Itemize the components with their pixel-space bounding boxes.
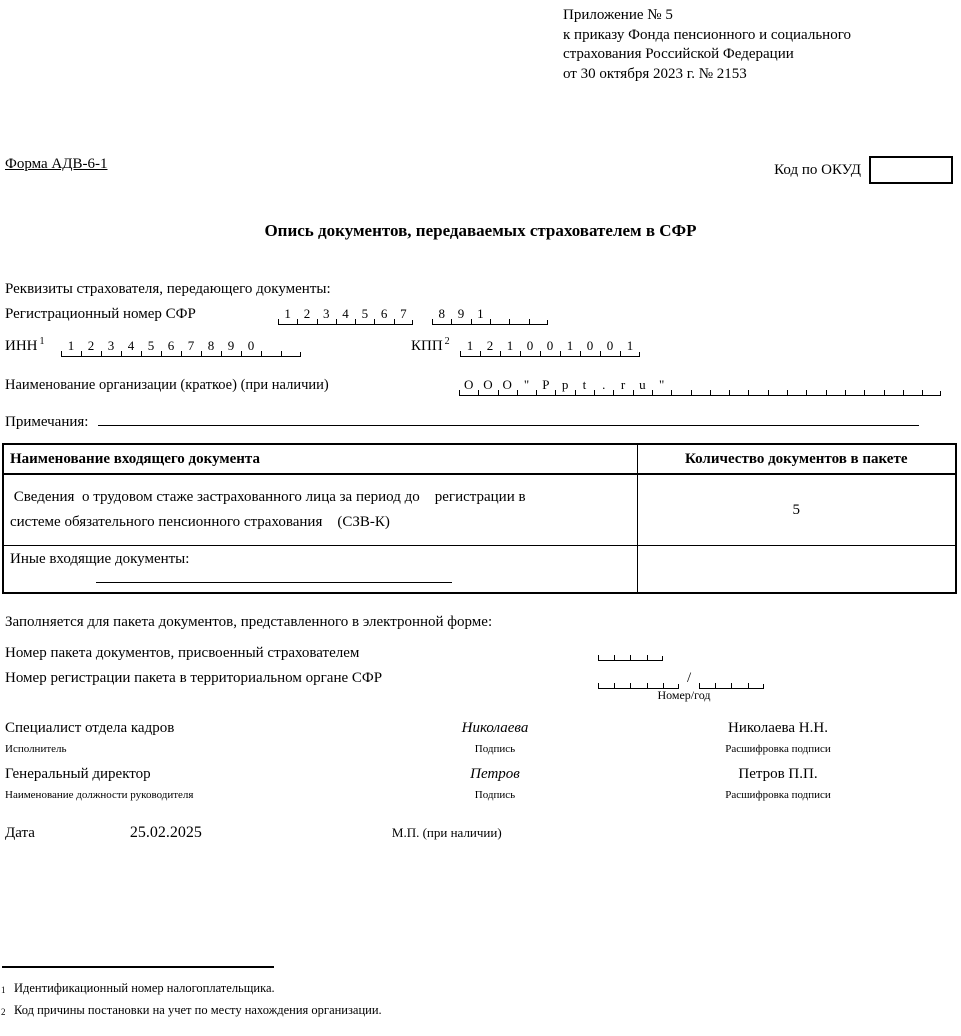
executor-signature: Николаева — [405, 720, 585, 737]
footnote-text: Код причины постановки на учет по месту … — [14, 1003, 382, 1017]
other-documents-field[interactable] — [96, 568, 452, 583]
okud-value-box[interactable] — [869, 156, 953, 184]
director-position: Генеральный директор — [5, 766, 405, 783]
date-label: Дата — [5, 825, 35, 842]
footnotes: 1Идентификационный номер налогоплательщи… — [2, 966, 702, 1021]
col-header-document-count: Количество документов в пакете — [637, 444, 956, 474]
package-registration-number-field[interactable] — [598, 675, 679, 689]
notes-field[interactable] — [98, 408, 919, 426]
appendix-line: Приложение № 5 — [563, 6, 851, 26]
other-documents-label: Иные входящие документы: — [10, 551, 189, 567]
signature-block-executor: Специалист отдела кадров Николаева Никол… — [5, 720, 955, 763]
document-page: Приложение № 5 к приказу Фонда пенсионно… — [0, 0, 961, 1036]
table-row: Иные входящие документы: — [3, 546, 956, 594]
executor-position-caption: Исполнитель — [5, 743, 405, 755]
document-count-cell — [637, 546, 956, 594]
table-header-row: Наименование входящего документа Количес… — [3, 444, 956, 474]
appendix-reference: Приложение № 5 к приказу Фонда пенсионно… — [563, 6, 851, 84]
package-registration-label: Номер регистрации пакета в территориальн… — [5, 666, 955, 691]
footnote: 2Код причины постановки на учет по месту… — [2, 999, 702, 1021]
signature-caption: Подпись — [405, 743, 585, 755]
form-code-row: Форма АДВ-6-1 Код по ОКУД — [5, 156, 953, 184]
number-year-caption: Номер/год — [598, 688, 770, 703]
director-position-caption: Наименование должности руководителя — [5, 789, 405, 801]
package-registration-fields: / — [598, 672, 764, 689]
kpp-field: 121001001 — [460, 338, 640, 357]
document-title: Опись документов, передаваемых страховат… — [0, 221, 961, 241]
date-value: 25.02.2025 — [130, 824, 202, 842]
electronic-package-section: Заполняется для пакета документов, предс… — [5, 610, 955, 720]
footnote-text: Идентификационный номер налогоплательщик… — [14, 981, 275, 995]
reg-number-part2-field: 891 — [432, 306, 548, 325]
stamp-label: М.П. (при наличии) — [392, 825, 502, 841]
inn-kpp-row: ИНН1 1234567890 КПП2 121001001 — [5, 336, 955, 364]
package-number-field[interactable] — [598, 647, 663, 661]
requisites-section: Реквизиты страхователя, передающего доку… — [5, 281, 955, 432]
kpp-label: КПП2 — [411, 336, 460, 355]
org-name-label: Наименование организации (краткое) (при … — [5, 377, 459, 394]
date-row: Дата 25.02.2025 М.П. (при наличии) — [5, 824, 705, 842]
footnote-divider — [2, 966, 274, 968]
footnote-marker: 2 — [1, 1001, 6, 1023]
appendix-line: к приказу Фонда пенсионного и социальног… — [563, 26, 851, 46]
other-documents-cell: Иные входящие документы: — [3, 546, 637, 594]
requisites-section-label: Реквизиты страхователя, передающего доку… — [5, 281, 955, 298]
executor-position: Специалист отдела кадров — [5, 720, 405, 737]
executor-name: Николаева Н.Н. — [665, 720, 891, 737]
signatures-section: Специалист отдела кадров Николаева Никол… — [5, 720, 955, 812]
signature-block-director: Генеральный директор Петров Петров П.П. … — [5, 766, 955, 809]
documents-table-wrap: Наименование входящего документа Количес… — [2, 443, 957, 594]
inn-label: ИНН1 — [5, 336, 61, 355]
inn-footnote-ref: 1 — [40, 336, 45, 347]
reg-number-label: Регистрационный номер СФР — [5, 306, 278, 323]
number-year-separator: / — [687, 670, 691, 687]
document-count-cell: 5 — [637, 474, 956, 546]
signature-caption: Подпись — [405, 789, 585, 801]
inn-field: 1234567890 — [61, 338, 301, 357]
package-number-label: Номер пакета документов, присвоенный стр… — [5, 641, 955, 666]
documents-table: Наименование входящего документа Количес… — [2, 443, 957, 594]
col-header-document-name: Наименование входящего документа — [3, 444, 637, 474]
package-registration-year-field[interactable] — [699, 675, 764, 689]
okud-block: Код по ОКУД — [774, 156, 953, 184]
reg-number-part1-field: 1234567 — [278, 306, 413, 325]
name-caption: Расшифровка подписи — [665, 743, 891, 755]
table-row: Сведения о трудовом стаже застрахованног… — [3, 474, 956, 546]
footnote-marker: 1 — [1, 979, 6, 1001]
notes-label: Примечания: — [5, 414, 88, 431]
reg-number-row: Регистрационный номер СФР 1234567 891 — [5, 306, 955, 334]
okud-label: Код по ОКУД — [774, 162, 861, 179]
org-name-field: ООО"Ppt.ru" — [459, 377, 941, 396]
notes-row: Примечания: — [5, 408, 955, 432]
form-code-label: Форма АДВ-6-1 — [5, 156, 107, 173]
appendix-line: от 30 октября 2023 г. № 2153 — [563, 65, 851, 85]
director-name: Петров П.П. — [665, 766, 891, 783]
document-name-cell: Сведения о трудовом стаже застрахованног… — [3, 474, 637, 546]
footnote: 1Идентификационный номер налогоплательщи… — [2, 977, 702, 999]
name-caption: Расшифровка подписи — [665, 789, 891, 801]
kpp-footnote-ref: 2 — [445, 336, 450, 347]
org-name-row: Наименование организации (краткое) (при … — [5, 377, 955, 405]
director-signature: Петров — [405, 766, 585, 783]
electronic-section-label: Заполняется для пакета документов, предс… — [5, 610, 955, 635]
appendix-line: страхования Российской Федерации — [563, 45, 851, 65]
